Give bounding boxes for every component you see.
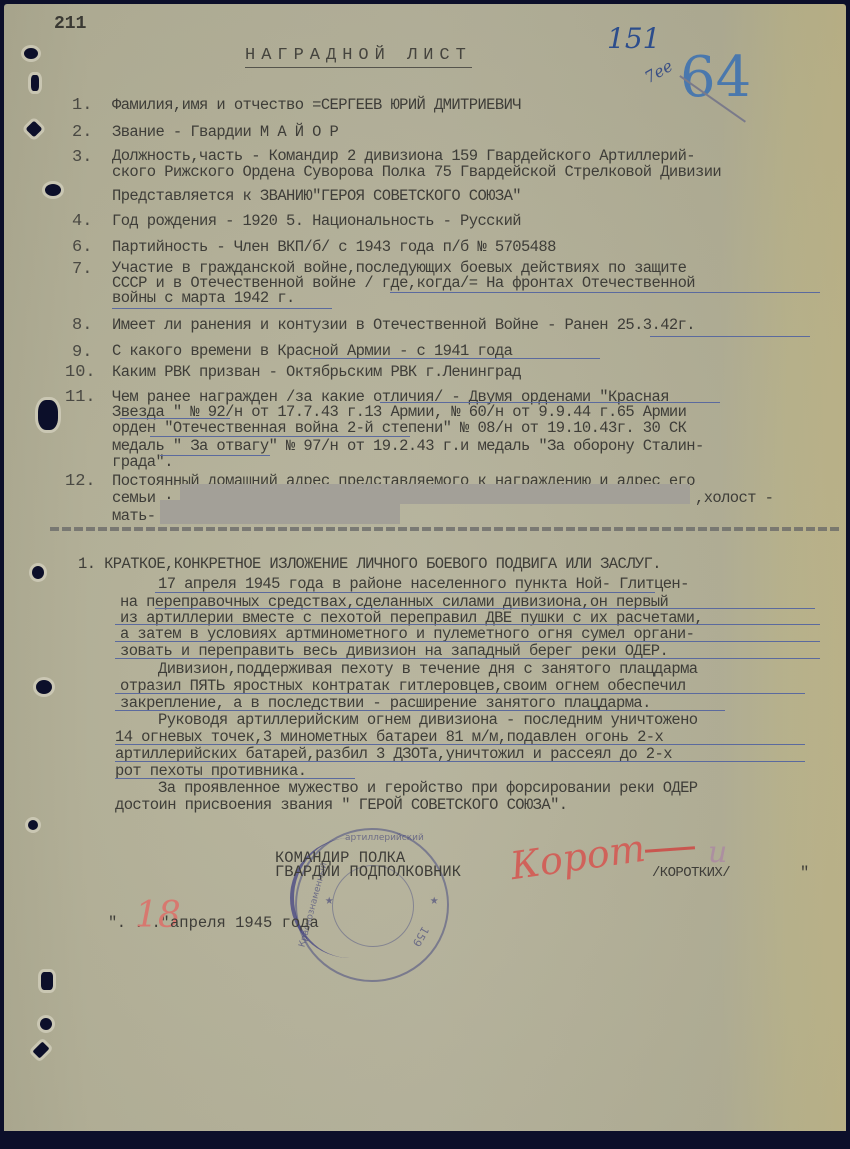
redacted-address-block bbox=[160, 500, 400, 524]
pencil-underline bbox=[112, 308, 332, 309]
field-address-line: мать- bbox=[112, 508, 156, 524]
field-participation-line: войны с марта 1942 г. bbox=[112, 290, 295, 306]
field-number: 10. bbox=[65, 363, 96, 382]
pencil-underline bbox=[120, 418, 230, 419]
field-party: Партийность - Член ВКП/б/ с 1943 года п/… bbox=[112, 239, 556, 255]
field-number: 11. bbox=[65, 388, 96, 407]
pencil-underline bbox=[115, 761, 805, 762]
field-nomination: Представляется к ЗВАНИЮ"ГЕРОЯ СОВЕТСКОГО… bbox=[112, 188, 521, 204]
field-army-since: С какого времени в Красной Армии - с 194… bbox=[112, 343, 512, 359]
narrative-line: отразил ПЯТЬ яростных контратак гитлеров… bbox=[120, 678, 686, 694]
field-previous-awards-line: орден "Отечественная война 2-й степени" … bbox=[112, 420, 686, 436]
document-title: НАГРАДНОЙ ЛИСТ bbox=[245, 46, 472, 68]
field-number: 8. bbox=[72, 316, 92, 335]
narrative-line: Дивизион,поддерживая пехоту в течение дн… bbox=[158, 661, 698, 677]
narrative-line: рот пехоты противника. bbox=[115, 763, 306, 779]
field-previous-awards-line: медаль " За отвагу" № 97/н от 19.2.43 г.… bbox=[112, 438, 704, 454]
separator-line bbox=[50, 527, 840, 531]
punch-hole bbox=[38, 400, 58, 430]
archive-page-number: 211 bbox=[54, 14, 86, 34]
narrative-line: Руководя артиллерийским огнем дивизиона … bbox=[158, 712, 698, 728]
narrative-line: достоин присвоения звания " ГЕРОЙ СОВЕТС… bbox=[115, 797, 567, 813]
punch-hole bbox=[36, 680, 52, 694]
field-number: 7. bbox=[72, 260, 92, 279]
field-number: 12. bbox=[65, 472, 96, 491]
field-wounds: Имеет ли ранения и контузии в Отечествен… bbox=[112, 317, 695, 333]
punch-hole bbox=[24, 48, 38, 59]
field-previous-awards-line: града". bbox=[112, 454, 173, 470]
scan-bottom-edge bbox=[0, 1131, 850, 1149]
pencil-underline bbox=[115, 641, 820, 642]
star-icon: ★ bbox=[325, 892, 333, 909]
narrative-line: 17 апреля 1945 года в районе населенного… bbox=[158, 576, 689, 592]
signature-quote: " bbox=[800, 865, 809, 881]
punch-hole bbox=[28, 820, 38, 830]
field-address-trailing: ,холост - bbox=[695, 490, 773, 506]
field-position-line: ского Рижского Ордена Суворова Полка 75 … bbox=[112, 164, 721, 180]
field-birth-year-nationality: Год рождения - 1920 5. Национальность - … bbox=[112, 213, 521, 229]
narrative-line: а затем в условиях артминометного и пуле… bbox=[120, 626, 694, 642]
narrative-line: 14 огневых точек,3 минометных батареи 81… bbox=[115, 729, 663, 745]
violet-signature-mark: и bbox=[708, 835, 727, 870]
handwritten-number: 151 bbox=[607, 22, 660, 55]
pencil-underline bbox=[155, 592, 655, 593]
pencil-underline bbox=[650, 336, 810, 337]
star-icon: ★ bbox=[430, 892, 438, 909]
pencil-underline bbox=[115, 744, 805, 745]
pencil-underline bbox=[115, 710, 725, 711]
pencil-underline bbox=[115, 778, 355, 779]
pencil-underline bbox=[155, 608, 815, 609]
pencil-underline bbox=[380, 402, 720, 403]
narrative-line: зовать и переправить весь дивизион на за… bbox=[120, 643, 668, 659]
pencil-underline bbox=[115, 658, 820, 659]
stamp-text-top: артиллерийский bbox=[345, 833, 424, 843]
punch-hole bbox=[32, 566, 44, 579]
signer-role-line2: ГВАРДИИ ПОДПОЛКОВНИК bbox=[275, 864, 461, 880]
pencil-underline bbox=[310, 358, 600, 359]
field-number: 3. bbox=[72, 148, 92, 167]
date-month-year: апреля 1945 года bbox=[170, 915, 319, 931]
field-full-name: Фамилия,имя и отчество =СЕРГЕЕВ ЮРИЙ ДМИ… bbox=[112, 97, 521, 113]
field-number: 1. bbox=[72, 96, 92, 115]
punch-hole bbox=[45, 184, 61, 196]
punch-hole bbox=[31, 75, 39, 91]
field-number: 6. bbox=[72, 238, 92, 257]
field-draft-office: Каким РВК призван - Октябрьским РВК г.Ле… bbox=[112, 364, 521, 380]
pencil-underline bbox=[115, 624, 820, 625]
field-rank: Звание - Гвардии М А Й О Р bbox=[112, 124, 338, 140]
punch-hole bbox=[41, 972, 53, 990]
pencil-underline bbox=[160, 455, 270, 456]
narrative-line: За проявленное мужество и геройство при … bbox=[158, 780, 698, 796]
pencil-underline bbox=[150, 436, 410, 437]
section-heading: 1. КРАТКОЕ,КОНКРЕТНОЕ ИЗЛОЖЕНИЕ ЛИЧНОГО … bbox=[78, 556, 661, 572]
field-number: 4. bbox=[72, 212, 92, 231]
pencil-underline bbox=[115, 693, 805, 694]
narrative-line: закрепление, а в последствии - расширени… bbox=[120, 695, 651, 711]
field-position-line: Должность,часть - Командир 2 дивизиона 1… bbox=[112, 148, 695, 164]
field-number: 9. bbox=[72, 343, 92, 362]
narrative-line: артиллерийских батарей,разбил 3 ДЗОТа,ун… bbox=[115, 746, 672, 762]
field-number: 2. bbox=[72, 123, 92, 142]
pencil-underline bbox=[390, 292, 820, 293]
